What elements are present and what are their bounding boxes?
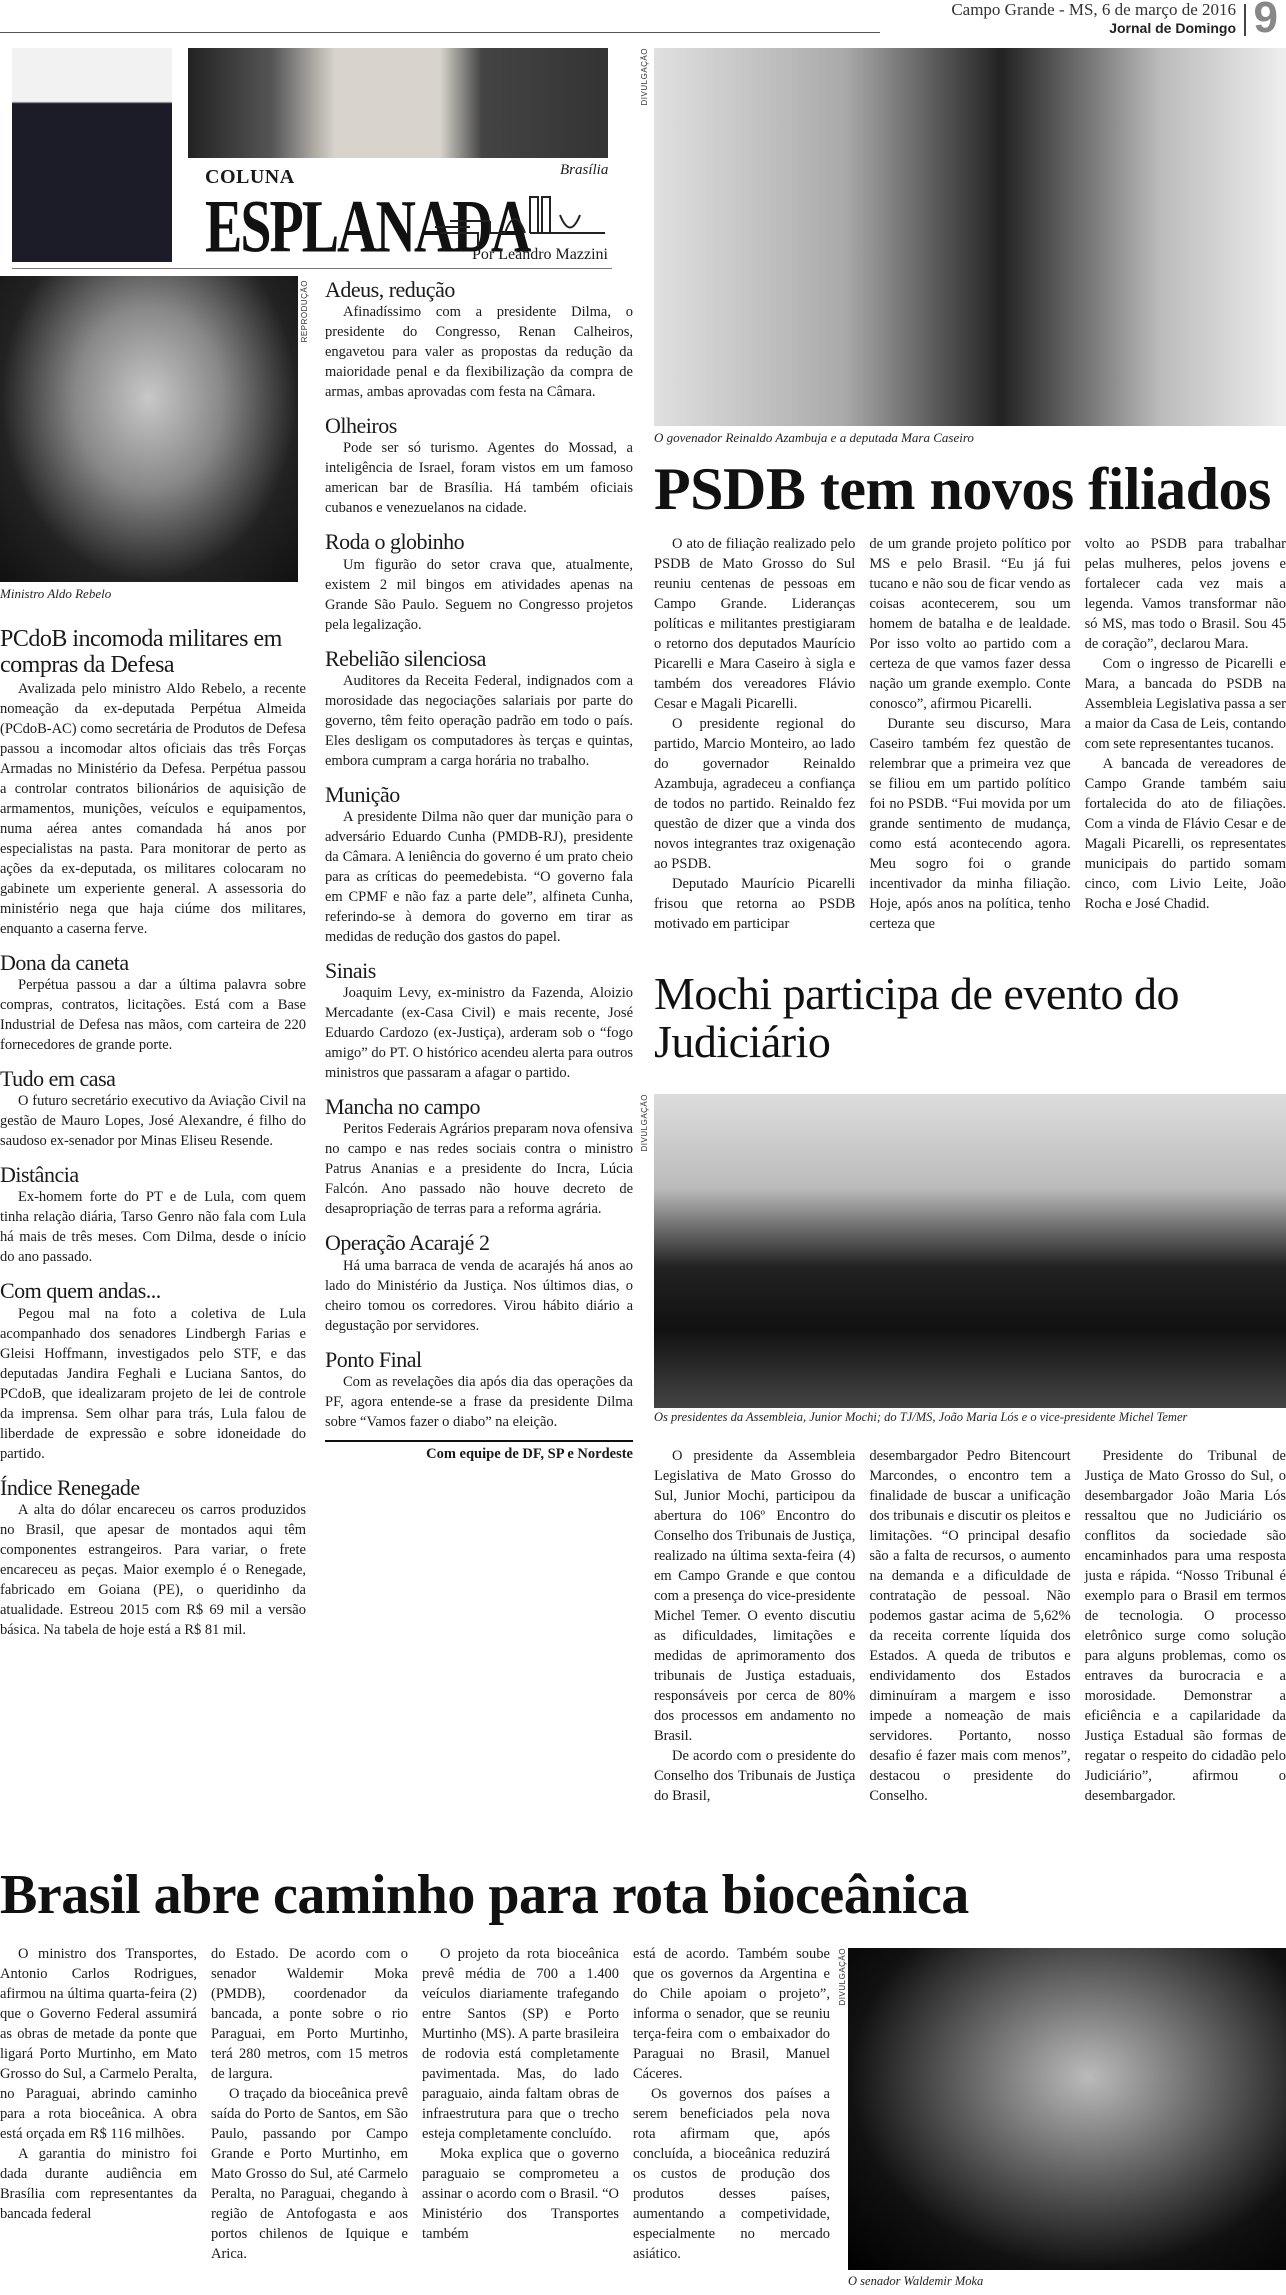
story-paragraph: volto ao PSDB para trabalhar pelas mulhe…: [1085, 534, 1286, 654]
photo-caption: Ministro Aldo Rebelo: [0, 586, 111, 602]
story-paragraph: desembargador Pedro Bitencourt Marcondes…: [869, 1446, 1070, 1806]
column-left-notes: PCdoB incomoda militares em compras da D…: [0, 620, 306, 1640]
photo-credit: DIVULGAÇÃO: [640, 48, 649, 105]
note-title: Distância: [0, 1163, 306, 1187]
note-body: Perpétua passou a dar a última palavra s…: [0, 975, 306, 1055]
lead-note-body: Avalizada pelo ministro Aldo Rebelo, a r…: [0, 679, 306, 939]
note-body: Afinadíssimo com a presidente Dilma, o p…: [325, 302, 633, 402]
story-paragraph: O projeto da rota bioceânica prevê média…: [422, 1944, 619, 2144]
story-column: O projeto da rota bioceânica prevê média…: [422, 1944, 619, 2264]
story-paragraph: Os governos dos países a serem beneficia…: [633, 2084, 830, 2264]
psdb-headline: PSDB tem novos filiados: [654, 458, 1286, 521]
columnist-photo: [12, 48, 172, 262]
story-paragraph: está de acordo. Também soube que os gove…: [633, 1944, 830, 2084]
brasilia-skyline-photo: [188, 48, 608, 158]
story-paragraph: de um grande projeto político por MS e p…: [869, 534, 1070, 714]
aldo-rebelo-photo: [0, 276, 298, 582]
mochi-headline: Mochi participa de evento do Judiciário: [654, 970, 1286, 1067]
photo-caption: O senador Waldemir Moka: [848, 2274, 983, 2289]
note-body: A alta do dólar encareceu os carros prod…: [0, 1500, 306, 1640]
note-title: Sinais: [325, 959, 633, 983]
story-paragraph: A bancada de vereadores de Campo Grande …: [1085, 754, 1286, 914]
story-column: do Estado. De acordo com o senador Walde…: [211, 1944, 408, 2264]
story-paragraph: De acordo com o presidente do Conselho d…: [654, 1746, 855, 1806]
story-paragraph: Com o ingresso de Picarelli e Mara, a ba…: [1085, 654, 1286, 754]
note-body: Ex-homem forte do PT e de Lula, com quem…: [0, 1187, 306, 1267]
photo-credit: DIVULGAÇÃO: [838, 1948, 847, 2005]
story-column: volto ao PSDB para trabalhar pelas mulhe…: [1085, 534, 1286, 934]
note-body: Joaquim Levy, ex-ministro da Fazenda, Al…: [325, 983, 633, 1083]
waldemir-moka-photo: [848, 1948, 1286, 2270]
publication-name: Jornal de Domingo: [1109, 20, 1236, 36]
note-title: Tudo em casa: [0, 1067, 306, 1091]
column-right-notes: Adeus, redução Afinadíssimo com a presid…: [325, 266, 633, 1463]
story-column: de um grande projeto político por MS e p…: [869, 534, 1070, 934]
note-body: Pode ser só turismo. Agentes do Mossad, …: [325, 438, 633, 518]
note-title: Com quem andas...: [0, 1279, 306, 1303]
note-body: A presidente Dilma não quer dar munição …: [325, 807, 633, 947]
rota-story-body: O ministro dos Transportes, Antonio Carl…: [0, 1944, 830, 2264]
note-title: Ponto Final: [325, 1348, 633, 1372]
story-column: O ato de filiação realizado pelo PSDB de…: [654, 534, 855, 934]
story-paragraph: O presidente da Assembleia Legislativa d…: [654, 1446, 855, 1746]
note-body: Auditores da Receita Federal, indignados…: [325, 671, 633, 771]
lead-note-title: PCdoB incomoda militares em compras da D…: [0, 626, 306, 679]
story-paragraph: O traçado da bioceânica prevê saída do P…: [211, 2084, 408, 2264]
note-title: Adeus, redução: [325, 278, 633, 302]
story-paragraph: A garantia do ministro foi dada durante …: [0, 2144, 197, 2224]
judiciary-event-photo: [654, 1094, 1286, 1408]
story-column: Presidente do Tribunal de Justiça de Mat…: [1085, 1446, 1286, 1806]
story-column: desembargador Pedro Bitencourt Marcondes…: [869, 1446, 1070, 1806]
story-paragraph: Deputado Maurício Picarelli frisou que r…: [654, 874, 855, 934]
story-column: O ministro dos Transportes, Antonio Carl…: [0, 1944, 197, 2264]
column-signoff: Com equipe de DF, SP e Nordeste: [325, 1446, 633, 1463]
story-column: O presidente da Assembleia Legislativa d…: [654, 1446, 855, 1806]
mochi-story-body: O presidente da Assembleia Legislativa d…: [654, 1446, 1286, 1806]
note-body: O futuro secretário executivo da Aviação…: [0, 1091, 306, 1151]
masthead-divider: [1244, 4, 1246, 36]
column-byline: Por Leandro Mazzini: [472, 246, 608, 264]
story-paragraph: O ministro dos Transportes, Antonio Carl…: [0, 1944, 197, 2144]
page-date-line: Campo Grande - MS, 6 de março de 2016: [951, 0, 1236, 20]
note-title: Dona da caneta: [0, 951, 306, 975]
story-paragraph: O ato de filiação realizado pelo PSDB de…: [654, 534, 855, 714]
photo-credit: REPRODUÇÃO: [300, 280, 309, 342]
top-rule: [0, 32, 880, 33]
note-title: Olheiros: [325, 414, 633, 438]
azambuja-caseiro-photo: [654, 48, 1286, 426]
note-title: Rebelião silenciosa: [325, 647, 633, 671]
note-body: Um figurão do setor crava que, atualment…: [325, 555, 633, 635]
congress-line-art-icon: [430, 185, 610, 255]
note-body: Peritos Federais Agrários preparam nova …: [325, 1119, 633, 1219]
photo-credit: DIVULGAÇÃO: [640, 1094, 649, 1151]
note-body: Pegou mal na foto a coletiva de Lula aco…: [0, 1304, 306, 1464]
note-title: Roda o globinho: [325, 530, 633, 554]
rota-headline: Brasil abre caminho para rota bioceânica: [0, 1866, 1286, 1925]
note-title: Mancha no campo: [325, 1095, 633, 1119]
note-title: Índice Renegade: [0, 1476, 306, 1500]
story-paragraph: Moka explica que o governo paraguaio se …: [422, 2144, 619, 2244]
note-title: Operação Acarajé 2: [325, 1231, 633, 1255]
page-number: 9: [1254, 0, 1278, 40]
story-paragraph: O presidente regional do partido, Marcio…: [654, 714, 855, 874]
story-paragraph: Durante seu discurso, Mara Caseiro també…: [869, 714, 1070, 934]
story-paragraph: do Estado. De acordo com o senador Walde…: [211, 1944, 408, 2084]
psdb-story-body: O ato de filiação realizado pelo PSDB de…: [654, 534, 1286, 934]
column-location: Brasília: [560, 162, 608, 179]
photo-caption: O govenador Reinaldo Azambuja e a deputa…: [654, 430, 974, 446]
signoff-rule: [325, 1440, 633, 1442]
note-body: Há uma barraca de venda de acarajés há a…: [325, 1256, 633, 1336]
story-column: está de acordo. Também soube que os gove…: [633, 1944, 830, 2264]
story-paragraph: Presidente do Tribunal de Justiça de Mat…: [1085, 1446, 1286, 1806]
note-body: Com as revelações dia após dia das opera…: [325, 1372, 633, 1432]
photo-caption: Os presidentes da Assembleia, Junior Moc…: [654, 1410, 1187, 1425]
note-title: Munição: [325, 783, 633, 807]
